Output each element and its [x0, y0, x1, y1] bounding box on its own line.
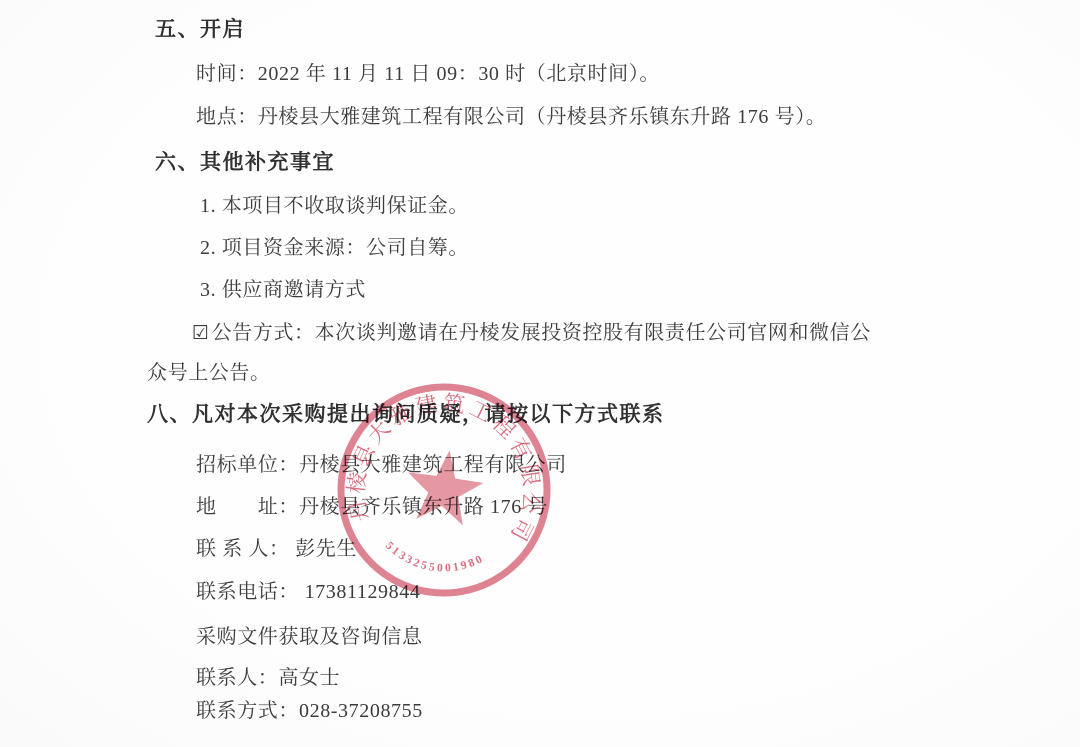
announcement-wrap-line: 众号上公告。 — [147, 356, 271, 385]
contact-phone-line: 联系电话： 17381129844 — [196, 575, 420, 604]
opening-location-line: 地点：丹棱县大雅建筑工程有限公司（丹棱县齐乐镇东升路 176 号）。 — [196, 100, 826, 129]
section6-heading: 六、其他补充事宜 — [155, 146, 335, 176]
announcement-method-text: 公告方式：本次谈判邀请在丹棱发展投资控股有限责任公司官网和微信公 — [212, 322, 871, 344]
announcement-method-line: ☑公告方式：本次谈判邀请在丹棱发展投资控股有限责任公司官网和微信公 — [192, 316, 871, 345]
document-page: 五、开启 时间：2022 年 11 月 11 日 09：30 时（北京时间）。 … — [0, 0, 1080, 747]
section5-heading: 五、开启 — [155, 13, 245, 43]
section8-heading: 八、凡对本次采购提出询问质疑，请按以下方式联系 — [147, 398, 665, 428]
supplement-item-1: 1. 本项目不收取谈判保证金。 — [200, 189, 469, 218]
docinfo-contact-line: 联系人：高女士 — [196, 661, 340, 690]
docinfo-heading: 采购文件获取及咨询信息 — [196, 620, 423, 649]
supplement-item-2: 2. 项目资金来源：公司自筹。 — [200, 231, 469, 260]
docinfo-phone-line: 联系方式：028-37208755 — [196, 694, 423, 723]
contact-address-line: 地 址：丹棱县齐乐镇东升路 176 号 — [196, 490, 548, 519]
contact-person-line: 联 系 人： 彭先生 — [196, 532, 357, 561]
contact-bidder-line: 招标单位：丹棱县大雅建筑工程有限公司 — [196, 448, 567, 477]
supplement-item-3: 3. 供应商邀请方式 — [200, 273, 366, 302]
checked-checkbox-icon: ☑ — [192, 322, 210, 344]
opening-time-line: 时间：2022 年 11 月 11 日 09：30 时（北京时间）。 — [196, 57, 660, 86]
